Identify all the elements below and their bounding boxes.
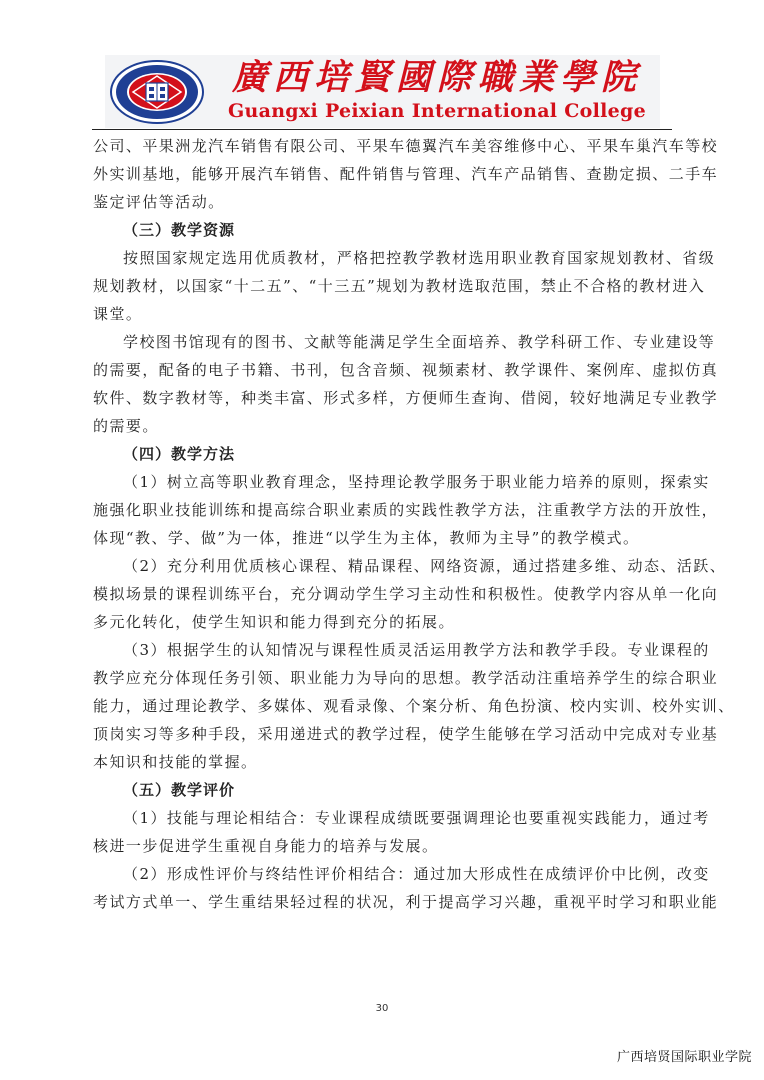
section-heading-teaching-methods: （四）教学方法 [93, 440, 671, 468]
college-name-cn: 廣西培賢國際職業學院 [217, 57, 657, 99]
page-number: 30 [0, 1003, 764, 1014]
body-line: 顶岗实习等多种手段，采用递进式的教学过程，使学生能够在学习活动中完成对专业基 [93, 720, 671, 748]
section-heading-teaching-evaluation: （五）教学评价 [93, 776, 671, 804]
body-line: 核进一步促进学生重视自身能力的培养与发展。 [93, 832, 671, 860]
body-line: 考试方式单一、学生重结果轻过程的状况，利于提高学习兴趣，重视平时学习和职业能 [93, 888, 671, 916]
body-line: 施强化职业技能训练和提高综合职业素质的实践性教学方法，注重教学方法的开放性， [93, 496, 671, 524]
body-line: 软件、数字教材等，种类丰富、形式多样，方便师生查询、借阅，较好地满足专业教学 [93, 384, 671, 412]
body-line: 公司、平果洲龙汽车销售有限公司、平果车德翼汽车美容维修中心、平果车巢汽车等校 [93, 132, 671, 160]
footer-college-name: 广西培贤国际职业学院 [617, 1046, 752, 1065]
body-line: （2）充分利用优质核心课程、精品课程、网络资源，通过搭建多维、动态、活跃、 [93, 552, 671, 580]
banner-title: 廣西培賢國際職業學院 Guangxi Peixian International… [217, 57, 657, 123]
body-line: （1）技能与理论相结合：专业课程成绩既要强调理论也要重视实践能力，通过考 [93, 804, 671, 832]
body-line: 本知识和技能的掌握。 [93, 748, 671, 776]
body-line: 按照国家规定选用优质教材，严格把控教学教材选用职业教育国家规划教材、省级 [93, 244, 671, 272]
body-line: （3）根据学生的认知情况与课程性质灵活运用教学方法和教学手段。专业课程的 [93, 636, 671, 664]
body-line: 能力，通过理论教学、多媒体、观看录像、个案分析、角色扮演、校内实训、校外实训、 [93, 692, 671, 720]
body-line: 学校图书馆现有的图书、文献等能满足学生全面培养、教学科研工作、专业建设等 [93, 328, 671, 356]
body-line: （2）形成性评价与终结性评价相结合：通过加大形成性在成绩评价中比例，改变 [93, 860, 671, 888]
body-line: 的需要。 [93, 412, 671, 440]
body-line: 课堂。 [93, 300, 671, 328]
document-body: 公司、平果洲龙汽车销售有限公司、平果车德翼汽车美容维修中心、平果车巢汽车等校 外… [93, 132, 671, 916]
body-line: 教学应充分体现任务引领、职业能力为导向的思想。教学活动注重培养学生的综合职业 [93, 664, 671, 692]
body-line: 模拟场景的课程训练平台，充分调动学生学习主动性和积极性。使教学内容从单一化向 [93, 580, 671, 608]
body-line: 体现“教、学、做”为一体，推进“以学生为主体，教师为主导”的教学模式。 [93, 524, 671, 552]
body-line: 规划教材，以国家“十二五”、“十三五”规划为教材选取范围，禁止不合格的教材进入 [93, 272, 671, 300]
body-line: 的需要，配备的电子书籍、书刊，包含音频、视频素材、教学课件、案例库、虚拟仿真 [93, 356, 671, 384]
college-name-en: Guangxi Peixian International College [217, 99, 657, 123]
section-heading-teaching-resources: （三）教学资源 [93, 216, 671, 244]
body-line: 鉴定评估等活动。 [93, 188, 671, 216]
header-divider [92, 129, 672, 130]
body-line: 外实训基地，能够开展汽车销售、配件销售与管理、汽车产品销售、查勘定损、二手车 [93, 160, 671, 188]
header-banner: 廣西培賢國際職業學院 Guangxi Peixian International… [105, 55, 660, 128]
college-logo-icon [109, 59, 205, 125]
body-line: 多元化转化，使学生知识和能力得到充分的拓展。 [93, 608, 671, 636]
body-line: （1）树立高等职业教育理念，坚持理论教学服务于职业能力培养的原则，探索实 [93, 468, 671, 496]
